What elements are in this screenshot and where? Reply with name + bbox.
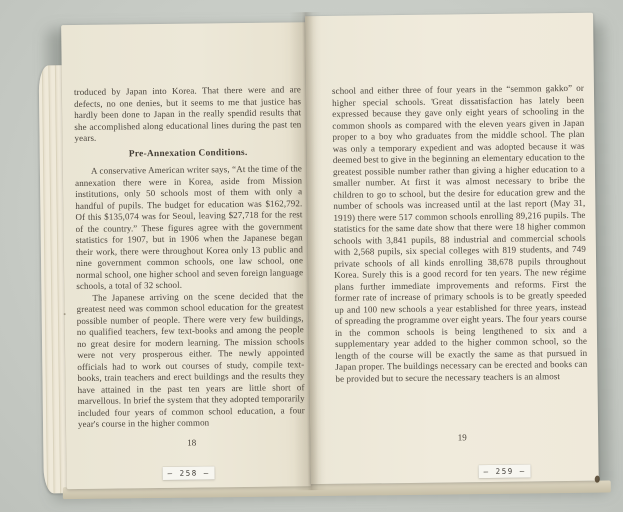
paragraph-continuation: school and either three of four years in… bbox=[332, 83, 588, 385]
right-page-text: school and either three of four years in… bbox=[332, 83, 588, 432]
open-book: troduced by Japan into Korea. That there… bbox=[37, 9, 611, 508]
paragraph-continuation: troduced by Japan into Korea. That there… bbox=[74, 84, 302, 144]
shelf-label-sticker: – 259 – bbox=[479, 464, 531, 478]
shelf-label-sticker: – 258 – bbox=[163, 466, 215, 480]
left-page: troduced by Japan into Korea. That there… bbox=[61, 22, 311, 489]
paper-speck bbox=[431, 99, 433, 101]
paper-speck bbox=[64, 313, 66, 315]
page-number: 19 bbox=[336, 431, 588, 444]
ink-mark bbox=[595, 476, 600, 483]
photo-background: troduced by Japan into Korea. That there… bbox=[0, 0, 623, 512]
paragraph: The Japanese arriving on the scene decid… bbox=[76, 290, 305, 431]
paragraph: A conservative American writer says, “At… bbox=[75, 163, 304, 292]
left-page-text: troduced by Japan into Korea. That there… bbox=[74, 84, 305, 449]
page-number: 18 bbox=[78, 436, 305, 449]
right-page: school and either three of four years in… bbox=[305, 13, 599, 484]
section-heading: Pre-Annexation Conditions. bbox=[75, 147, 302, 161]
